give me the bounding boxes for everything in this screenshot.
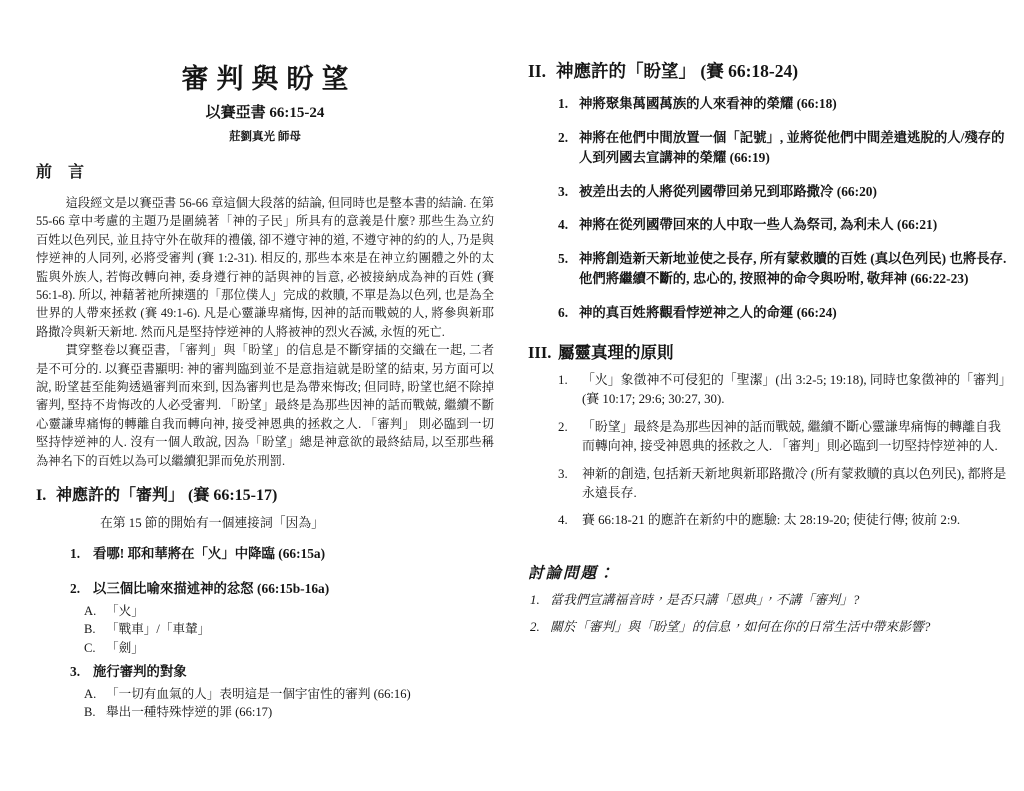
outline-item: 1. 神將聚集萬國萬族的人來看神的榮耀 (66:18): [558, 94, 1008, 115]
item-text: 神將在他們中間放置一個「記號」, 並將從他們中間差遣逃脫的人/殘存的人到列國去宣…: [579, 128, 1008, 169]
item-number: 2.: [558, 418, 582, 457]
item-text: 「火」象徵神不可侵犯的「聖潔」(出 3:2-5; 19:18), 同時也象徵神的…: [582, 371, 1008, 410]
section2-heading: II. 神應許的「盼望」 (賽 66:18-24): [528, 58, 1008, 83]
outline-item: 3. 神新的創造, 包括新天新地與新耶路撒冷 (所有蒙救贖的真以色列民), 都將…: [558, 465, 1008, 504]
discussion-block: 討論問題： 1. 當我們宣講福音時，是否只講「恩典」，不講「審判」? 2. 關於…: [528, 561, 1008, 637]
doc-subtitle: 以賽亞書 66:15-24: [36, 101, 494, 122]
right-column: II. 神應許的「盼望」 (賽 66:18-24) 1. 神將聚集萬國萬族的人來…: [528, 58, 1008, 637]
subitem-letter: C.: [84, 640, 106, 657]
subitem-letter: A.: [84, 603, 106, 620]
section1-note: 在第 15 節的開始有一個連接詞「因為」: [100, 512, 494, 531]
item-text: 神將創造新天新地並使之長存, 所有蒙救贖的百姓 (真以色列民) 也將長存. 他們…: [579, 249, 1008, 290]
outline-item: 5. 神將創造新天新地並使之長存, 所有蒙救贖的百姓 (真以色列民) 也將長存.…: [558, 249, 1008, 290]
subitem-text: 「劍」: [106, 640, 144, 657]
item-number: 1.: [530, 591, 550, 610]
outline-subitem: B. 舉出一種特殊悖逆的罪 (66:17): [84, 704, 494, 721]
item-number: 3.: [70, 662, 93, 682]
subitem-text: 「火」: [106, 603, 144, 620]
item-text: 被差出去的人將從列國帶回弟兄到耶路撒冷 (66:20): [579, 182, 877, 203]
doc-title: 審判與盼望: [36, 62, 494, 96]
discussion-question: 1. 當我們宣講福音時，是否只講「恩典」，不講「審判」?: [530, 591, 1008, 610]
item-text: 神將在從列國帶回來的人中取一些人為祭司, 為利未人 (66:21): [579, 215, 937, 236]
question-text: 當我們宣講福音時，是否只講「恩典」，不講「審判」?: [550, 591, 859, 610]
discussion-heading: 討論問題：: [528, 561, 1008, 583]
outline-subitem: A. 「一切有血氣的人」表明這是一個宇宙性的審判 (66:16): [84, 686, 494, 703]
item-number: 2.: [530, 618, 550, 637]
left-column: 審判與盼望 以賽亞書 66:15-24 莊劉真光 師母 前 言 這段經文是以賽亞…: [36, 62, 494, 721]
item-number: 4.: [558, 215, 579, 236]
subitem-letter: B.: [84, 621, 106, 638]
outline-item: 6. 神的真百姓將觀看悖逆神之人的命運 (66:24): [558, 303, 1008, 324]
item-text: 神新的創造, 包括新天新地與新耶路撒冷 (所有蒙救贖的真以色列民), 都將是永遠…: [582, 465, 1008, 504]
outline-item: 2. 以三個比喻來描述神的忿怒 (66:15b-16a): [70, 579, 494, 599]
section3-heading: III. 屬靈真理的原則: [528, 339, 1008, 363]
subitem-text: 舉出一種特殊悖逆的罪 (66:17): [106, 704, 272, 721]
outline-subitem: A. 「火」: [84, 603, 494, 620]
item-number: 6.: [558, 303, 579, 324]
section1-title: 神應許的「審判」 (賽 66:15-17): [56, 482, 277, 505]
outline-item: 3. 施行審判的對象: [70, 662, 494, 682]
section2-numeral: II.: [528, 61, 556, 82]
item-text: 神將聚集萬國萬族的人來看神的榮耀 (66:18): [579, 94, 837, 115]
item-number: 1.: [558, 94, 579, 115]
item-text: 施行審判的對象: [93, 662, 187, 682]
item-text: 神的真百姓將觀看悖逆神之人的命運 (66:24): [579, 303, 837, 324]
outline-subitem: B. 「戰車」/「車輦」: [84, 621, 494, 638]
preface-paragraph-1: 這段經文是以賽亞書 56-66 章這個大段落的結論, 但同時也是整本書的結論. …: [36, 194, 494, 341]
doc-author: 莊劉真光 師母: [36, 128, 494, 144]
section1-heading: I. 神應許的「審判」 (賽 66:15-17): [36, 482, 494, 505]
item-number: 1.: [558, 371, 582, 410]
outline-item: 2. 「盼望」最終是為那些因神的話而戰兢, 繼續不斷心靈謙卑痛悔的轉離自我而轉向…: [558, 418, 1008, 457]
outline-item: 3. 被差出去的人將從列國帶回弟兄到耶路撒冷 (66:20): [558, 182, 1008, 203]
preface-paragraph-2: 貫穿整卷以賽亞書, 「審判」與「盼望」的信息是不斷穿插的交織在一起, 二者是不可…: [36, 341, 494, 470]
section3-title: 屬靈真理的原則: [558, 339, 674, 363]
item-text: 賽 66:18-21 的應許在新約中的應驗: 太 28:19-20; 使徒行傳;…: [582, 511, 960, 530]
outline-item: 1. 看哪! 耶和華將在「火」中降臨 (66:15a): [70, 544, 494, 564]
document-page: 審判與盼望 以賽亞書 66:15-24 莊劉真光 師母 前 言 這段經文是以賽亞…: [0, 0, 1024, 791]
item-number: 1.: [70, 544, 93, 564]
outline-item: 4. 賽 66:18-21 的應許在新約中的應驗: 太 28:19-20; 使徒…: [558, 511, 1008, 530]
outline-item: 4. 神將在從列國帶回來的人中取一些人為祭司, 為利未人 (66:21): [558, 215, 1008, 236]
item-text: 以三個比喻來描述神的忿怒 (66:15b-16a): [93, 579, 329, 599]
item-number: 4.: [558, 511, 582, 530]
item-number: 2.: [558, 128, 579, 169]
item-number: 5.: [558, 249, 579, 290]
section2-title: 神應許的「盼望」 (賽 66:18-24): [556, 58, 798, 83]
document-header: 審判與盼望 以賽亞書 66:15-24 莊劉真光 師母: [36, 62, 494, 144]
item-number: 3.: [558, 182, 579, 203]
discussion-question: 2. 關於「審判」與「盼望」的信息，如何在你的日常生活中帶來影響?: [530, 618, 1008, 637]
outline-item: 1. 「火」象徵神不可侵犯的「聖潔」(出 3:2-5; 19:18), 同時也象…: [558, 371, 1008, 410]
question-text: 關於「審判」與「盼望」的信息，如何在你的日常生活中帶來影響?: [550, 618, 930, 637]
section3-numeral: III.: [528, 343, 558, 363]
subitem-text: 「一切有血氣的人」表明這是一個宇宙性的審判 (66:16): [106, 686, 411, 703]
outline-subitem: C. 「劍」: [84, 640, 494, 657]
subitem-letter: A.: [84, 686, 106, 703]
preface-heading: 前 言: [36, 159, 494, 182]
subitem-letter: B.: [84, 704, 106, 721]
subitem-text: 「戰車」/「車輦」: [106, 621, 210, 638]
section1-numeral: I.: [36, 487, 56, 505]
item-number: 2.: [70, 579, 93, 599]
item-text: 看哪! 耶和華將在「火」中降臨 (66:15a): [93, 544, 325, 564]
outline-item: 2. 神將在他們中間放置一個「記號」, 並將從他們中間差遣逃脫的人/殘存的人到列…: [558, 128, 1008, 169]
item-number: 3.: [558, 465, 582, 504]
item-text: 「盼望」最終是為那些因神的話而戰兢, 繼續不斷心靈謙卑痛悔的轉離自我而轉向神, …: [582, 418, 1008, 457]
